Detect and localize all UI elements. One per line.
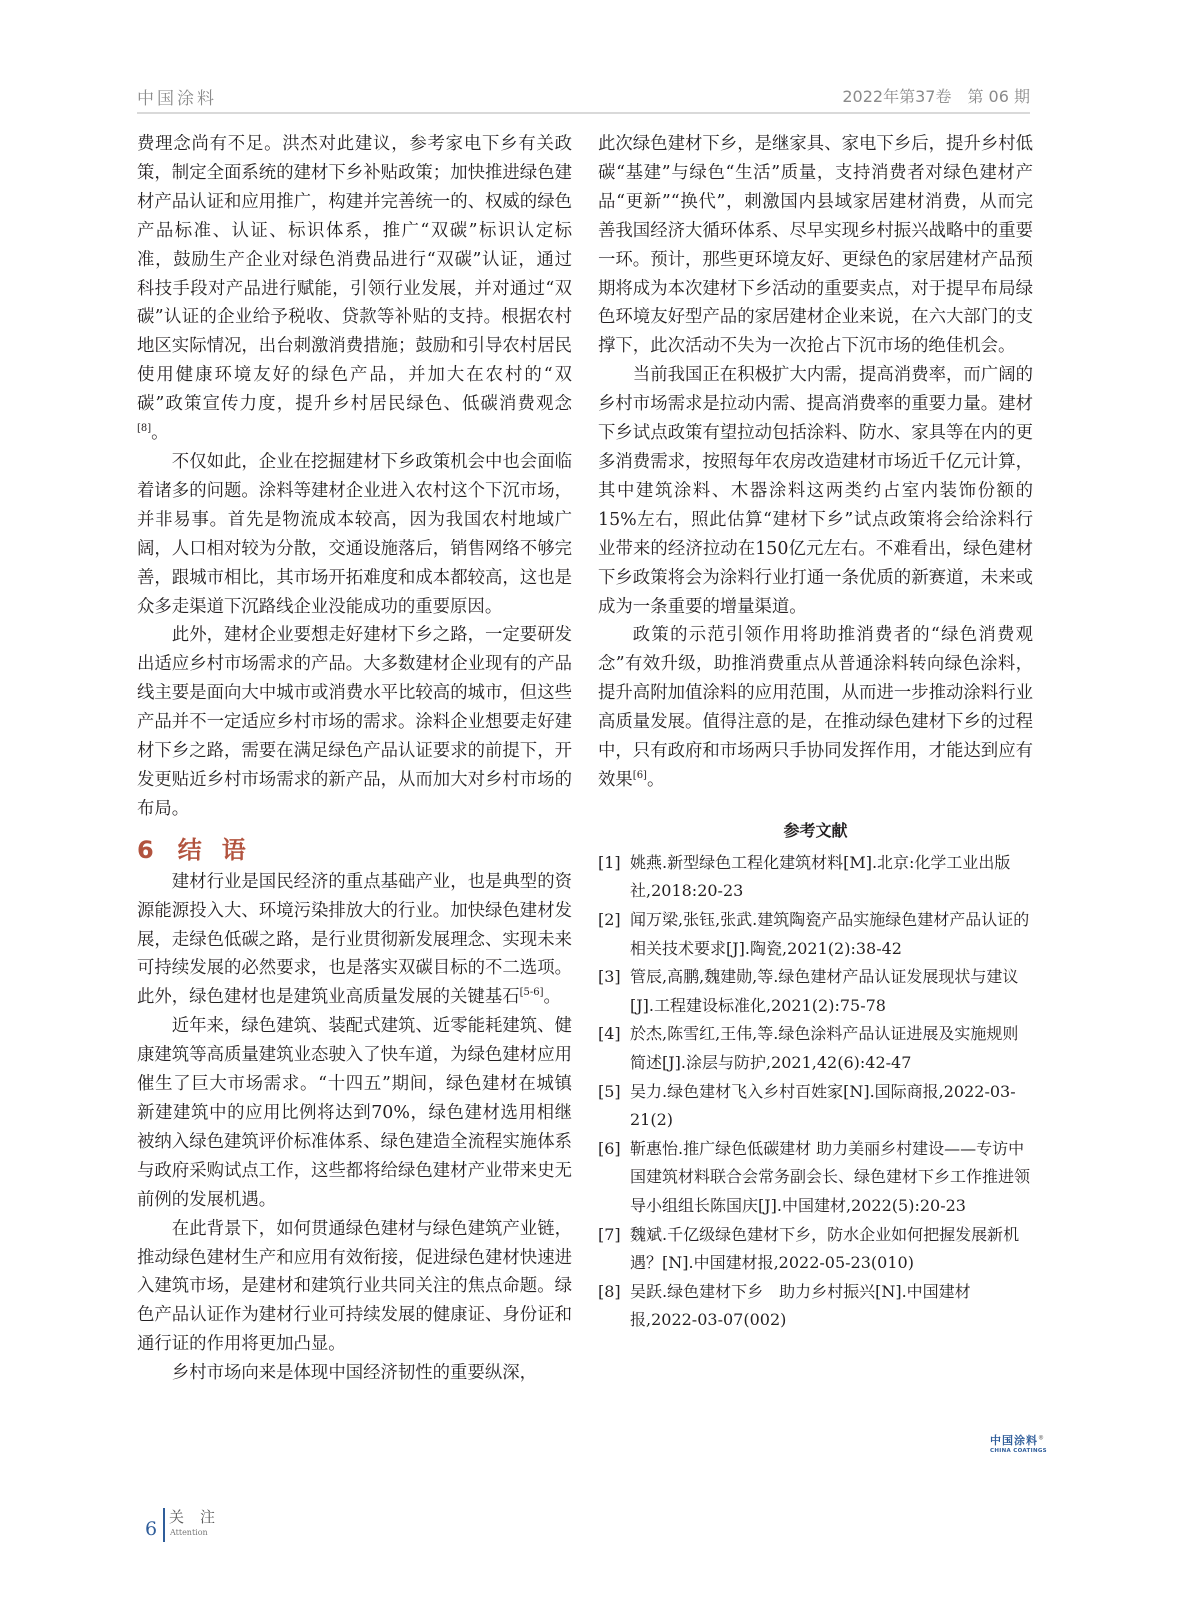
paragraph: 建材行业是国民经济的重点基础产业，也是典型的资源能源投入大、环境污染排放大的行业…: [137, 868, 572, 1013]
running-header: 中国涂料 2022年第37卷 第 06 期: [137, 82, 1030, 114]
paragraph: 在此背景下，如何贯通绿色建材与绿色建筑产业链，推动绿色建材生产和应用有效衔接，促…: [137, 1215, 572, 1360]
china-coatings-logo: 中国涂料® CHINA COATINGS: [990, 1432, 1047, 1454]
paragraph: 近年来，绿色建筑、装配式建筑、近零能耗建筑、健康建筑等高质量建筑业态驶入了快车道…: [137, 1012, 572, 1214]
issue-info: 2022年第37卷 第 06 期: [842, 84, 1030, 107]
right-column: 此次绿色建材下乡，是继家具、家电下乡后，提升乡村低碳“基建”与绿色“生活”质量，…: [598, 130, 1033, 1335]
paragraph: 政策的示范引领作用将助推消费者的“绿色消费观念”有效升级，助推消费重点从普通涂料…: [598, 621, 1033, 794]
journal-name: 中国涂料: [137, 84, 217, 109]
section-heading: 6结语: [137, 832, 572, 868]
reference-item: [5]吴力.绿色建材飞入乡村百姓家[N].国际商报,2022-03-21(2): [598, 1078, 1033, 1135]
paragraph: 此外，建材企业要想走好建材下乡之路，一定要研发出适应乡村市场需求的产品。大多数建…: [137, 621, 572, 823]
reference-item: [4]於杰,陈雪红,王伟,等.绿色涂料产品认证进展及实施规则简述[J].涂层与防…: [598, 1020, 1033, 1077]
reference-item: [8]吴跃.绿色建材下乡 助力乡村振兴[N].中国建材报,2022-03-07(…: [598, 1278, 1033, 1335]
paragraph: 此次绿色建材下乡，是继家具、家电下乡后，提升乡村低碳“基建”与绿色“生活”质量，…: [598, 130, 1033, 361]
references-heading: 参考文献: [598, 817, 1033, 845]
paragraph: 费理念尚有不足。洪杰对此建议，参考家电下乡有关政策，制定全面系统的建材下乡补贴政…: [137, 130, 572, 448]
reference-list: [1]姚燕.新型绿色工程化建筑材料[M].北京:化学工业出版社,2018:20-…: [598, 849, 1033, 1335]
section-label: 关注: [169, 1506, 231, 1527]
reference-item: [1]姚燕.新型绿色工程化建筑材料[M].北京:化学工业出版社,2018:20-…: [598, 849, 1033, 906]
divider-bar: [163, 1508, 165, 1542]
section-label-en: Attention: [170, 1528, 208, 1537]
reference-item: [3]管辰,高鹏,魏建勋,等.绿色建材产品认证发展现状与建议[J].工程建设标准…: [598, 963, 1033, 1020]
page-number: 6: [145, 1518, 157, 1540]
paragraph: 乡村市场向来是体现中国经济韧性的重要纵深，: [137, 1359, 572, 1388]
citation: [6]: [633, 770, 647, 781]
reference-item: [7]魏斌.千亿级绿色建材下乡，防水企业如何把握发展新机遇？[N].中国建材报,…: [598, 1221, 1033, 1278]
citation: [5-6]: [520, 988, 544, 999]
reference-item: [2]闻万梁,张钰,张武.建筑陶瓷产品实施绿色建材产品认证的相关技术要求[J].…: [598, 906, 1033, 963]
reference-item: [6]靳惠怡.推广绿色低碳建材 助力美丽乡村建设——专访中国建筑材料联合会常务副…: [598, 1135, 1033, 1221]
citation: [8]: [137, 423, 151, 434]
paragraph: 不仅如此，企业在挖掘建材下乡政策机会中也会面临着诸多的问题。涂料等建材企业进入农…: [137, 448, 572, 621]
left-column: 费理念尚有不足。洪杰对此建议，参考家电下乡有关政策，制定全面系统的建材下乡补贴政…: [137, 130, 572, 1388]
paragraph: 当前我国正在积极扩大内需，提高消费率，而广阔的乡村市场需求是拉动内需、提高消费率…: [598, 361, 1033, 621]
